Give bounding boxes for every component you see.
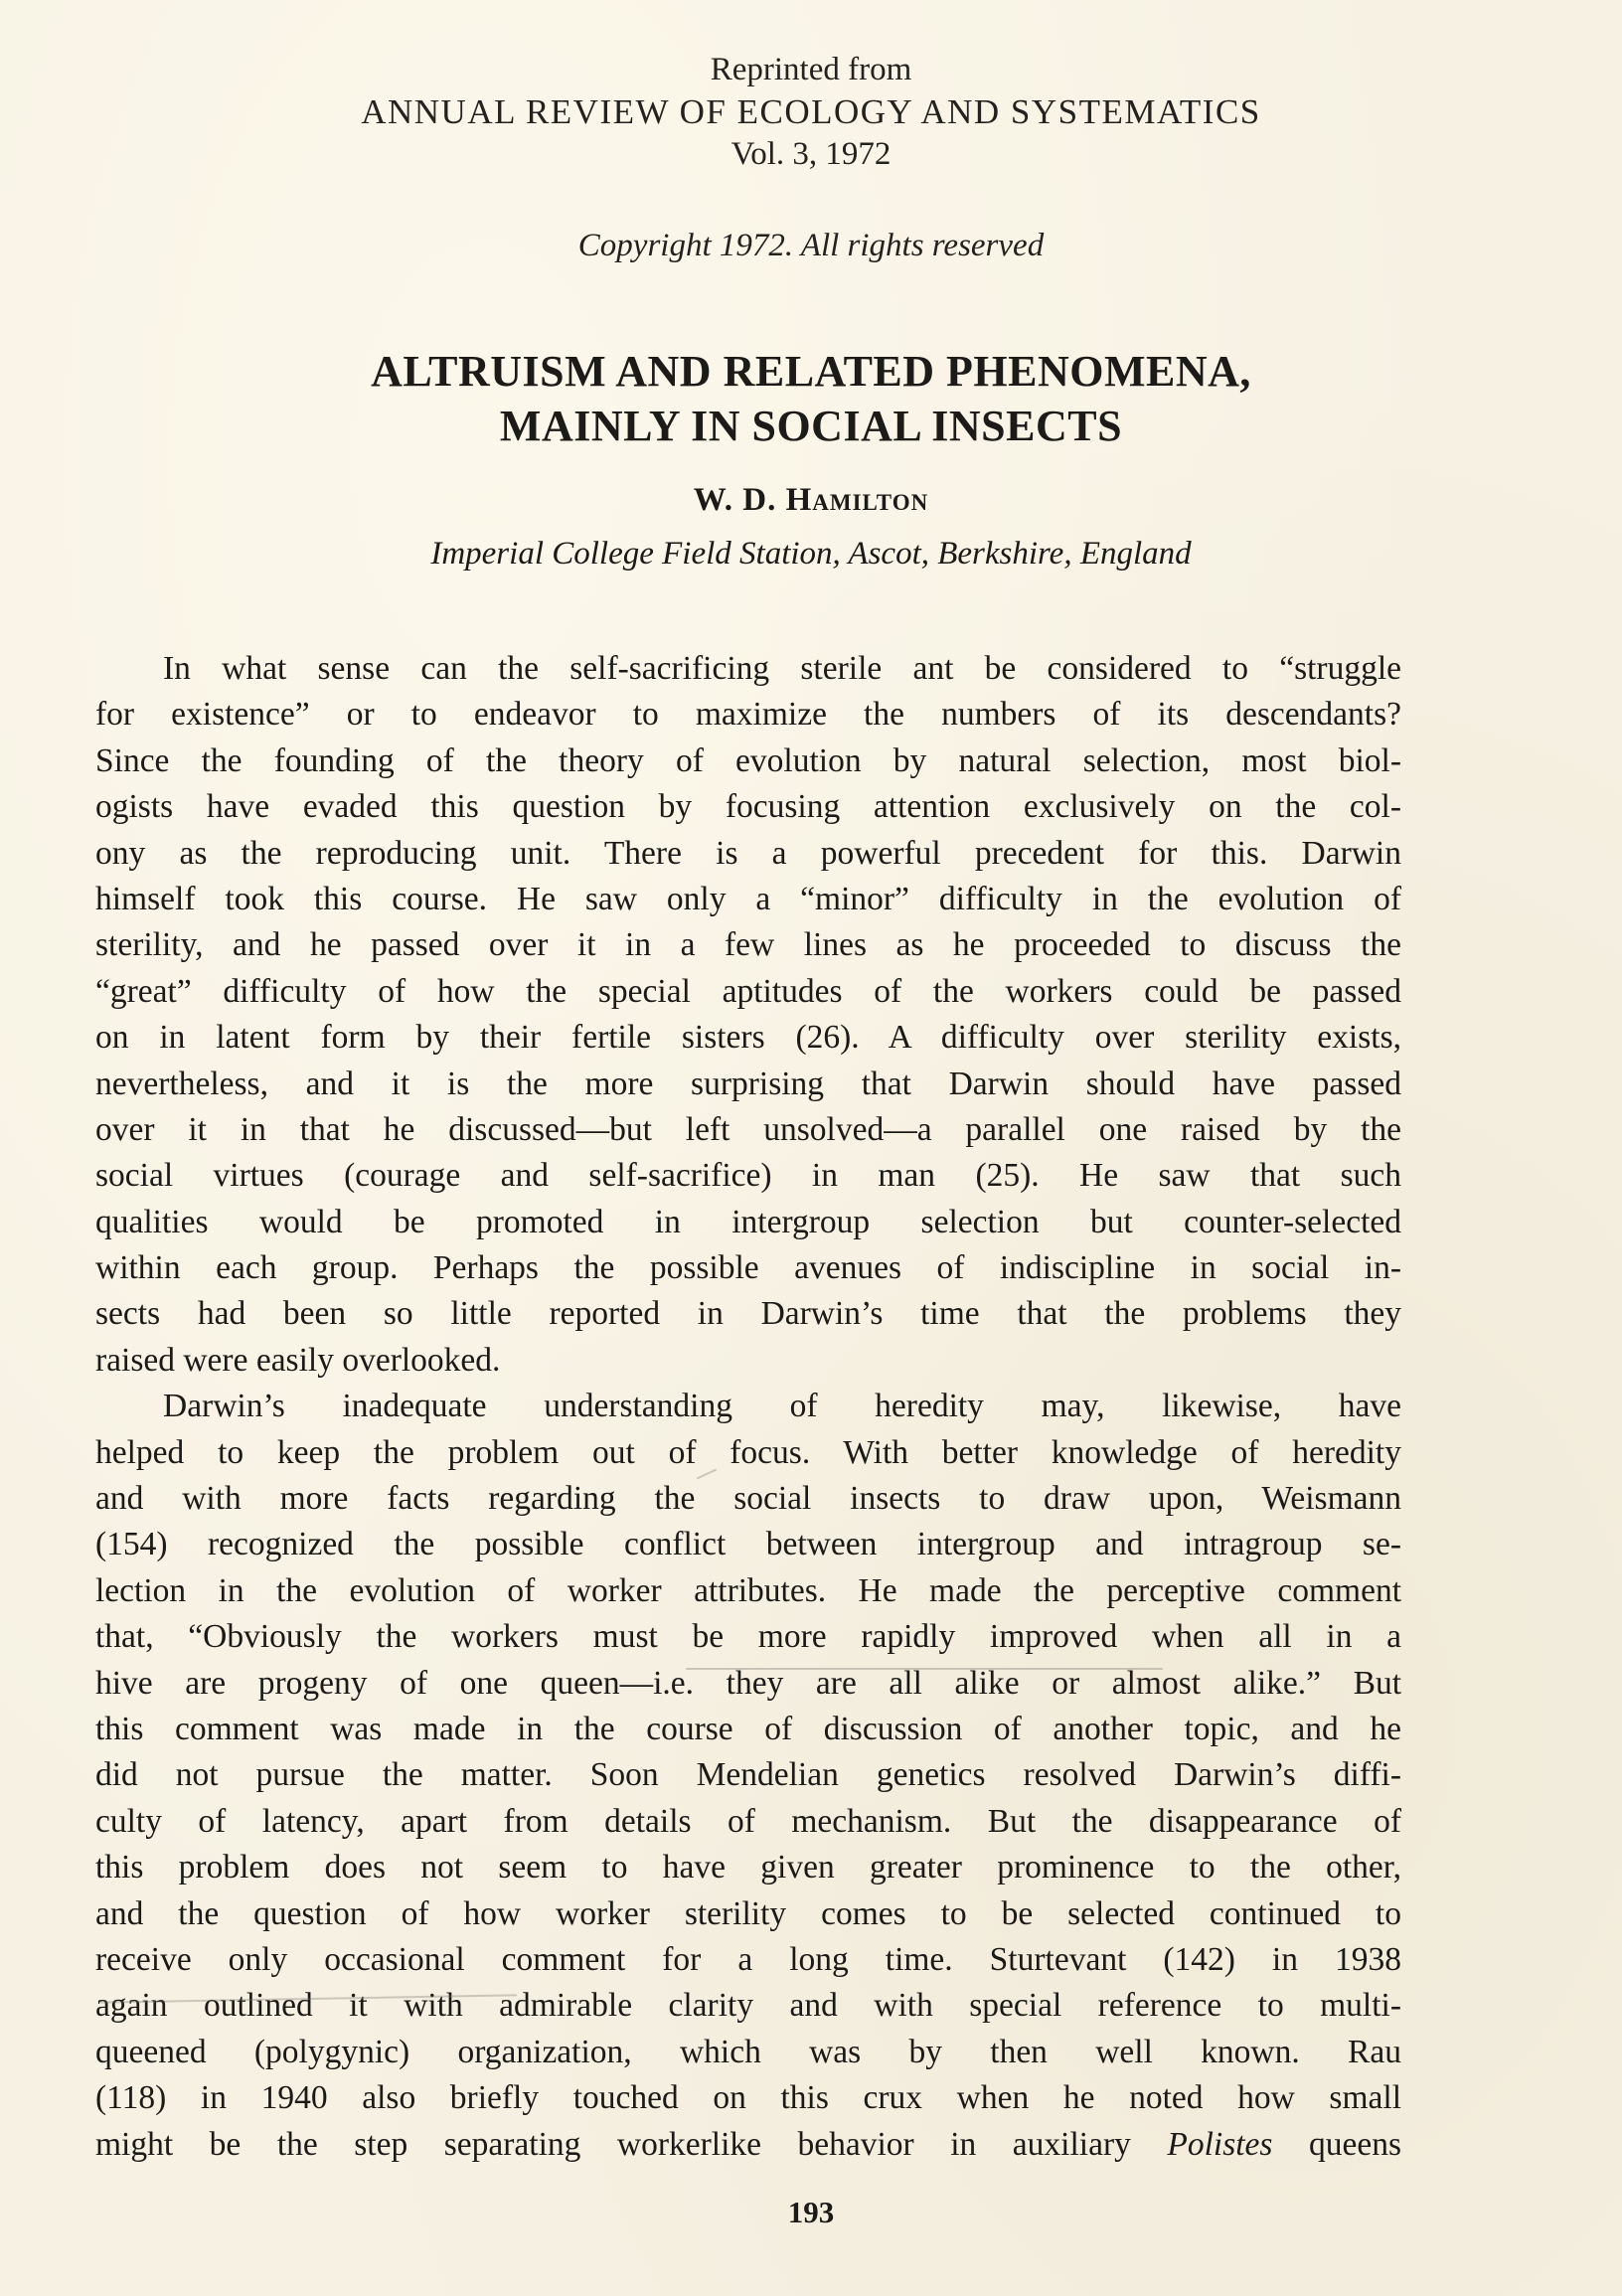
body-line: Since the founding of the theory of evol… bbox=[95, 738, 1401, 784]
body-line: Darwin’s inadequate understanding of her… bbox=[95, 1384, 1401, 1429]
body-line: lection in the evolution of worker attri… bbox=[95, 1568, 1401, 1614]
body-line: within each group. Perhaps the possible … bbox=[95, 1245, 1401, 1291]
article-title-line-2: MAINLY IN SOCIAL INSECTS bbox=[0, 401, 1622, 452]
body-line: In what sense can the self-sacrificing s… bbox=[95, 646, 1401, 692]
body-line: queened (polygynic) organization, which … bbox=[95, 2030, 1401, 2075]
body-line: himself took this course. He saw only a … bbox=[95, 877, 1401, 922]
body-line: social virtues (courage and self-sacrifi… bbox=[95, 1153, 1401, 1199]
body-line: for existence” or to endeavor to maximiz… bbox=[95, 692, 1401, 738]
body-text-segment: might be the step separating workerlike … bbox=[95, 2126, 1167, 2163]
body-line: nevertheless, and it is the more surpris… bbox=[95, 1062, 1401, 1107]
body-line: ogists have evaded this question by focu… bbox=[95, 784, 1401, 830]
body-line: that, “Obviously the workers must be mor… bbox=[95, 1614, 1401, 1660]
author-name: W. D. Hamilton bbox=[0, 479, 1622, 521]
page-number: 193 bbox=[0, 2193, 1622, 2232]
author-affiliation: Imperial College Field Station, Ascot, B… bbox=[0, 532, 1622, 575]
body-line: and the question of how worker sterility… bbox=[95, 1891, 1401, 1937]
body-text-segment: queens bbox=[1272, 2126, 1401, 2163]
paragraph-1: In what sense can the self-sacrificing s… bbox=[95, 646, 1401, 1384]
journal-name: ANNUAL REVIEW OF ECOLOGY AND SYSTEMATICS bbox=[0, 91, 1622, 133]
body-line: ony as the reproducing unit. There is a … bbox=[95, 831, 1401, 877]
reprint-notice: Reprinted from bbox=[0, 50, 1622, 89]
body-line-with-italic: might be the step separating workerlike … bbox=[95, 2122, 1401, 2168]
scanned-page: Reprinted from ANNUAL REVIEW OF ECOLOGY … bbox=[0, 0, 1622, 2296]
italic-genus-name: Polistes bbox=[1167, 2126, 1272, 2163]
body-line: qualities would be promoted in intergrou… bbox=[95, 1200, 1401, 1245]
body-line: culty of latency, apart from details of … bbox=[95, 1799, 1401, 1845]
body-line: helped to keep the problem out of focus.… bbox=[95, 1430, 1401, 1476]
article-title-line-1: ALTRUISM AND RELATED PHENOMENA, bbox=[0, 346, 1622, 398]
body-line: and with more facts regarding the social… bbox=[95, 1476, 1401, 1522]
body-line: sterility, and he passed over it in a fe… bbox=[95, 922, 1401, 968]
body-line: raised were easily overlooked. bbox=[95, 1338, 1401, 1384]
body-line: over it in that he discussed—but left un… bbox=[95, 1107, 1401, 1153]
body-line: this comment was made in the course of d… bbox=[95, 1707, 1401, 1752]
body-line: did not pursue the matter. Soon Mendelia… bbox=[95, 1752, 1401, 1798]
body-line: (118) in 1940 also briefly touched on th… bbox=[95, 2075, 1401, 2121]
body-line: (154) recognized the possible conflict b… bbox=[95, 1522, 1401, 1567]
body-line: again outlined it with admirable clarity… bbox=[95, 1983, 1401, 2029]
body-line: receive only occasional comment for a lo… bbox=[95, 1937, 1401, 1983]
copyright-notice: Copyright 1972. All rights reserved bbox=[0, 224, 1622, 267]
body-line: “great” difficulty of how the special ap… bbox=[95, 969, 1401, 1015]
journal-volume: Vol. 3, 1972 bbox=[0, 134, 1622, 174]
pencil-underline-mark bbox=[686, 1668, 1163, 1670]
article-body: In what sense can the self-sacrificing s… bbox=[95, 646, 1401, 2168]
body-line: on in latent form by their fertile siste… bbox=[95, 1015, 1401, 1061]
body-line: this problem does not seem to have given… bbox=[95, 1845, 1401, 1890]
body-line: sects had been so little reported in Dar… bbox=[95, 1291, 1401, 1337]
paragraph-2: Darwin’s inadequate understanding of her… bbox=[95, 1384, 1401, 2168]
